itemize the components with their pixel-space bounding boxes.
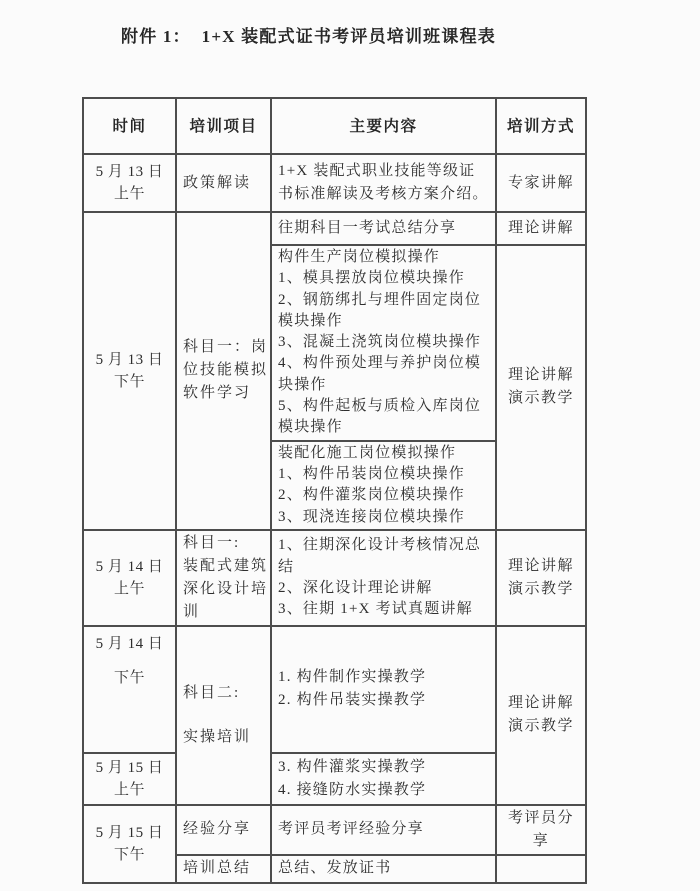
cell-content-exam-share: 往期科目一考试总结分享 bbox=[271, 212, 496, 245]
cell-method-theory-demo-3: 理论讲解 演示教学 bbox=[496, 626, 586, 805]
cell-project-subject1-sim: 科目一：岗 位技能模拟 软件学习 bbox=[176, 212, 271, 530]
cell-project-deep-design: 科目一: 装配式建筑 深化设计培 训 bbox=[176, 530, 271, 626]
table-row: 5 月 14 日 上午 科目一: 装配式建筑 深化设计培 训 1、往期深化设计考… bbox=[83, 530, 586, 626]
cell-method-theory-demo-2: 理论讲解 演示教学 bbox=[496, 530, 586, 626]
course-schedule-table: 时间 培训项目 主要内容 培训方式 5 月 13 日 上午 政策解读 1+X 装… bbox=[82, 97, 587, 884]
table-row: 5 月 14 日 下午 科目二: 实操培训 1. 构件制作实操教学 2. 构件吊… bbox=[83, 626, 586, 753]
cell-method-theory: 理论讲解 bbox=[496, 212, 586, 245]
cell-content-assembly-sim: 装配化施工岗位模拟操作 1、构件吊装岗位模块操作 2、构件灌浆岗位模块操作 3、… bbox=[271, 441, 496, 530]
cell-time-may13-am: 5 月 13 日 上午 bbox=[83, 154, 176, 212]
header-content: 主要内容 bbox=[271, 98, 496, 154]
cell-project-experience-share: 经验分享 bbox=[176, 805, 271, 855]
cell-content-practice-3-4: 3. 构件灌浆实操教学 4. 接缝防水实操教学 bbox=[271, 753, 496, 805]
page-title: 附件 1： 1+X 装配式证书考评员培训班课程表 bbox=[121, 22, 496, 47]
cell-project-policy: 政策解读 bbox=[176, 154, 271, 212]
table-header-row: 时间 培训项目 主要内容 培训方式 bbox=[83, 98, 586, 154]
document-page: 附件 1： 1+X 装配式证书考评员培训班课程表 时间 培训项目 主要内容 培训… bbox=[0, 0, 700, 891]
cell-time-may14-am: 5 月 14 日 上午 bbox=[83, 530, 176, 626]
table-row: 5 月 13 日 下午 科目一：岗 位技能模拟 软件学习 往期科目一考试总结分享… bbox=[83, 212, 586, 245]
table-row: 5 月 13 日 上午 政策解读 1+X 装配式职业技能等级证 书标准解读及考核… bbox=[83, 154, 586, 212]
cell-time-may14-pm: 5 月 14 日 下午 bbox=[83, 626, 176, 753]
cell-content-policy: 1+X 装配式职业技能等级证 书标准解读及考核方案介绍。 bbox=[271, 154, 496, 212]
cell-content-deep-design: 1、往期深化设计考核情况总 结 2、深化设计理论讲解 3、往期 1+X 考试真题… bbox=[271, 530, 496, 626]
cell-content-summary: 总结、发放证书 bbox=[271, 855, 496, 883]
cell-project-subject2-practice: 科目二: 实操培训 bbox=[176, 626, 271, 805]
cell-content-experience-share: 考评员考评经验分享 bbox=[271, 805, 496, 855]
cell-time-may15-am: 5 月 15 日 上午 bbox=[83, 753, 176, 805]
cell-method-expert: 专家讲解 bbox=[496, 154, 586, 212]
cell-method-empty bbox=[496, 855, 586, 883]
cell-method-theory-demo-1: 理论讲解 演示教学 bbox=[496, 245, 586, 530]
cell-content-production-sim: 构件生产岗位模拟操作 1、模具摆放岗位模块操作 2、钢筋绑扎与埋件固定岗位 模块… bbox=[271, 245, 496, 441]
cell-content-practice-1-2: 1. 构件制作实操教学 2. 构件吊装实操教学 bbox=[271, 626, 496, 753]
cell-time-may15-pm: 5 月 15 日 下午 bbox=[83, 805, 176, 883]
header-project: 培训项目 bbox=[176, 98, 271, 154]
header-method: 培训方式 bbox=[496, 98, 586, 154]
cell-time-may13-pm: 5 月 13 日 下午 bbox=[83, 212, 176, 530]
cell-method-assessor-share: 考评员分 享 bbox=[496, 805, 586, 855]
header-time: 时间 bbox=[83, 98, 176, 154]
table-row: 5 月 15 日 下午 经验分享 考评员考评经验分享 考评员分 享 bbox=[83, 805, 586, 855]
cell-project-summary: 培训总结 bbox=[176, 855, 271, 883]
